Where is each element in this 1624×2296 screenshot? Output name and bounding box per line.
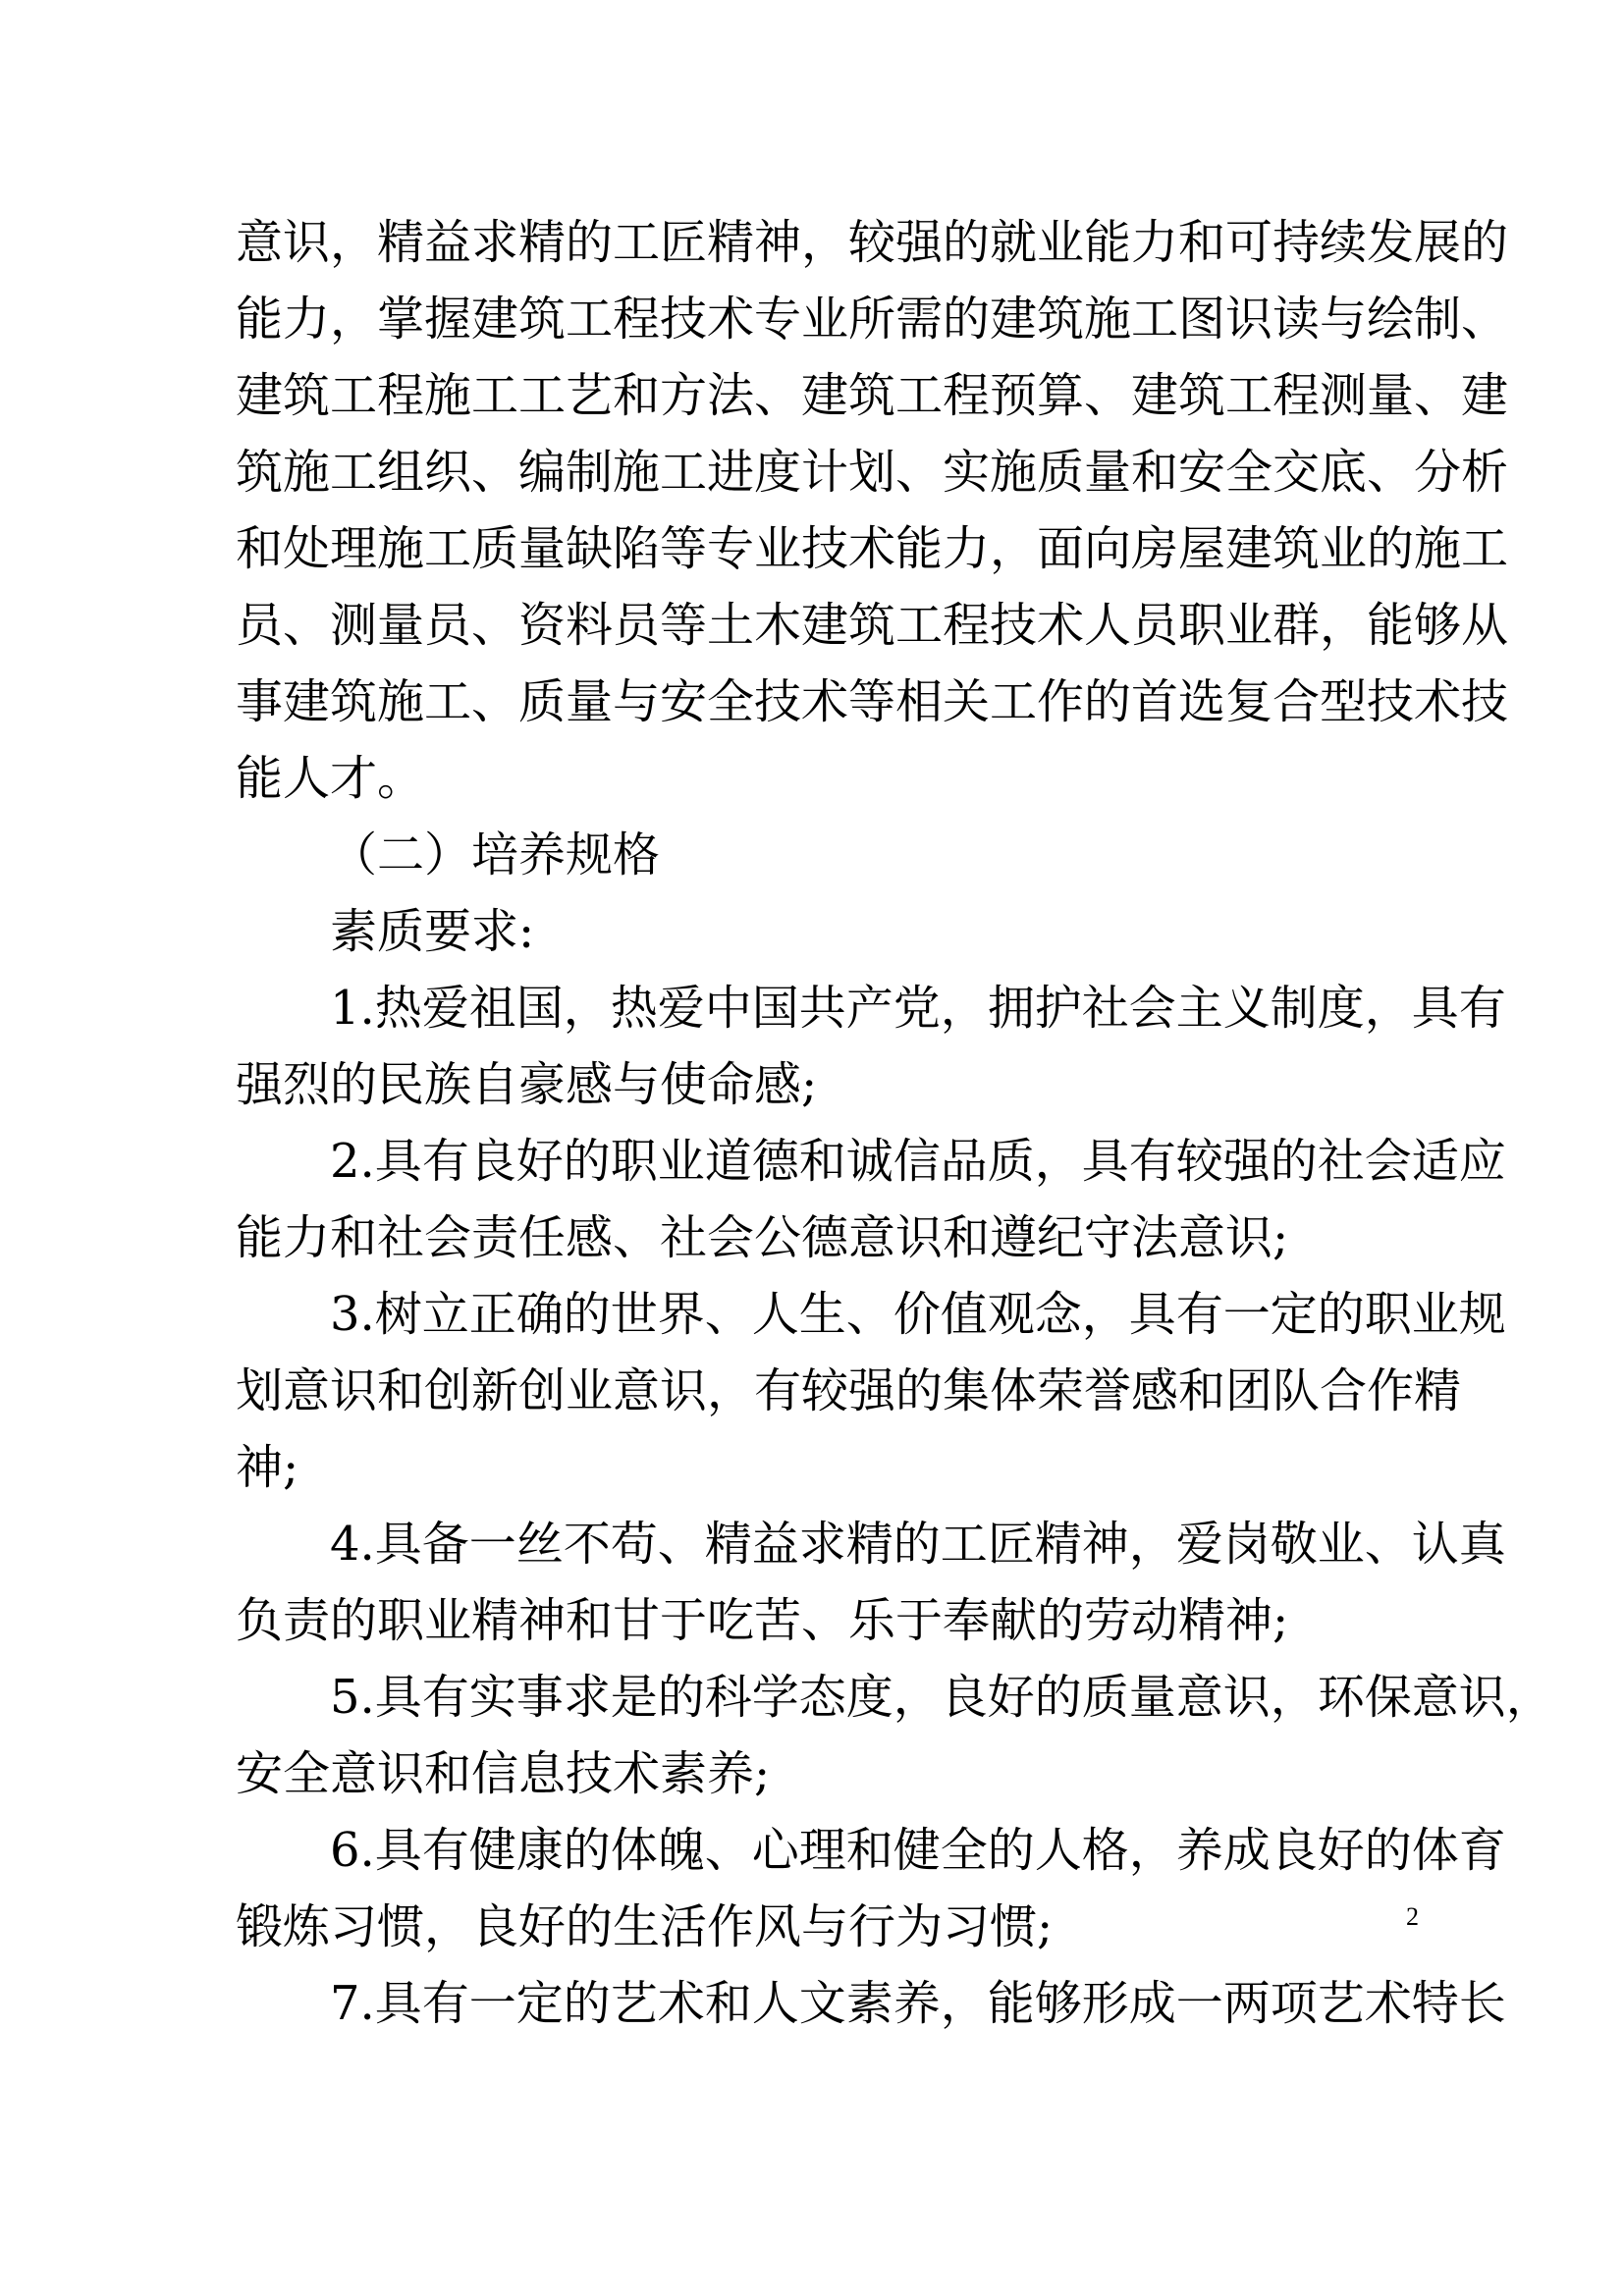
text-line: 事建筑施工、质量与安全技术等相关工作的首选复合型技术技	[236, 664, 1420, 740]
text-line: 3.树立正确的世界、人生、价值观念，具有一定的职业规	[236, 1276, 1420, 1353]
document-page: 意识，精益求精的工匠精神，较强的就业能力和可持续发展的能力，掌握建筑工程技术专业…	[0, 0, 1624, 2296]
text-line: 6.具有健康的体魄、心理和健全的人格，养成良好的体育	[236, 1812, 1420, 1889]
text-line: 筑施工组织、编制施工进度计划、实施质量和安全交底、分析	[236, 434, 1420, 510]
text-line: 和处理施工质量缺陷等专业技术能力，面向房屋建筑业的施工	[236, 510, 1420, 587]
text-line: 能人才。	[236, 740, 1420, 817]
text-line: 建筑工程施工工艺和方法、建筑工程预算、建筑工程测量、建	[236, 357, 1420, 434]
text-line: 锻炼习惯，良好的生活作风与行为习惯;	[236, 1889, 1420, 1965]
text-line: 安全意识和信息技术素养;	[236, 1735, 1420, 1812]
text-line: 神;	[236, 1429, 1420, 1506]
text-line: （二）培养规格	[236, 817, 1420, 893]
text-line: 负责的职业精神和甘于吃苦、乐于奉献的劳动精神;	[236, 1582, 1420, 1659]
text-line: 员、测量员、资料员等土木建筑工程技术人员职业群，能够从	[236, 587, 1420, 664]
text-line: 1.热爱祖国，热爱中国共产党，拥护社会主义制度，具有	[236, 970, 1420, 1046]
text-line: 能力和社会责任感、社会公德意识和遵纪守法意识;	[236, 1200, 1420, 1276]
text-line: 素质要求:	[236, 893, 1420, 970]
text-line: 2.具有良好的职业道德和诚信品质，具有较强的社会适应	[236, 1123, 1420, 1200]
page-number: 2	[1406, 1902, 1419, 1932]
text-line: 强烈的民族自豪感与使命感;	[236, 1046, 1420, 1123]
text-line: 能力，掌握建筑工程技术专业所需的建筑施工图识读与绘制、	[236, 281, 1420, 357]
text-line: 5.具有实事求是的科学态度，良好的质量意识，环保意识，	[236, 1659, 1420, 1735]
body-text: 意识，精益求精的工匠精神，较强的就业能力和可持续发展的能力，掌握建筑工程技术专业…	[236, 204, 1420, 2042]
text-line: 意识，精益求精的工匠精神，较强的就业能力和可持续发展的	[236, 204, 1420, 281]
text-line: 7.具有一定的艺术和人文素养，能够形成一两项艺术特长	[236, 1965, 1420, 2042]
text-line: 划意识和创新创业意识，有较强的集体荣誉感和团队合作精	[236, 1353, 1420, 1429]
text-line: 4.具备一丝不苟、精益求精的工匠精神，爱岗敬业、认真	[236, 1506, 1420, 1582]
